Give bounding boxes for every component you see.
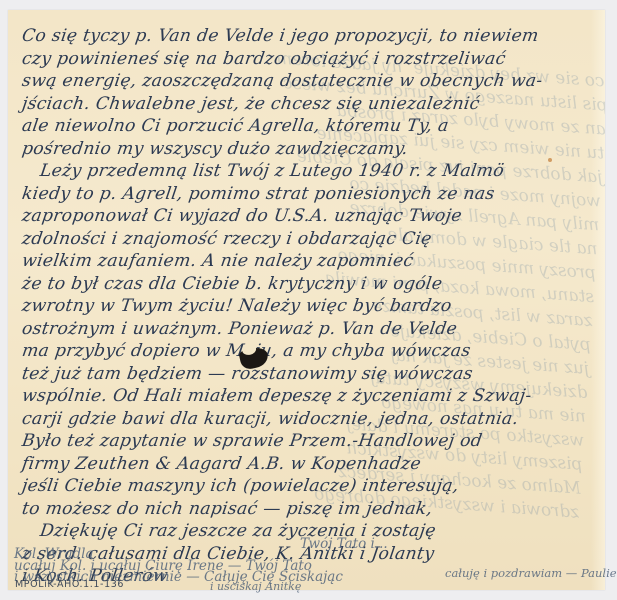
paper-stain — [548, 158, 552, 162]
letter-body: Co się tyczy p. Van de Velde i jego prop… — [22, 25, 592, 588]
letter-line: Co się tyczy p. Van de Velde i jego prop… — [20, 25, 593, 48]
letter-line: swą energię, zaoszczędzaną dostatecznie … — [20, 70, 593, 93]
letter-line: to możesz do nich napisać — piszę im jed… — [20, 498, 593, 521]
letter-line: zaproponował Ci wyjazd do U.S.A. uznając… — [20, 205, 593, 228]
letter-line: zwrotny w Twym życiu! Należy więc być ba… — [20, 295, 593, 318]
letter-line: wielkim zaufaniem. A nie należy zapomnie… — [20, 250, 593, 273]
archive-reference-label: MPOLiK-AHO.1.1-136 — [15, 579, 124, 590]
letter-line: czy powinieneś się na bardzo obciążyć i … — [20, 48, 593, 71]
letter-line: też już tam będziem — rozstanowimy się w… — [20, 363, 593, 386]
letter-line: wspólnie. Od Hali miałem depeszę z życze… — [20, 385, 593, 408]
paper-stain — [345, 150, 348, 153]
letter-line: ostrożnym i uważnym. Ponieważ p. Van de … — [20, 318, 593, 341]
letter-line: pośrednio my wszyscy dużo zawdzięczamy. — [20, 138, 593, 161]
letter-line: że to był czas dla Ciebie b. krytyczny i… — [20, 273, 593, 296]
letter-line: firmy Zeuthen & Aagard A.B. w Kopenhadze — [20, 453, 593, 476]
postscript-line: całuję i pozdrawiam — Paulie — [445, 566, 617, 580]
postscript-line: i uściskaj Anitkę — [210, 580, 301, 593]
letter-line: zdolności i znajomość rzeczy i obdarzają… — [20, 228, 593, 251]
document-viewer: aco sie wz bey dziekuje ny jadze lorem p… — [0, 0, 617, 600]
letter-line: ma przybyć dopiero w Maju, a my chyba wó… — [20, 340, 593, 363]
postscript-signature: Twój Tato i... — [300, 536, 388, 552]
letter-line: carji gdzie bawi dla kuracji, widocznie,… — [20, 408, 593, 431]
letter-line: Leży przedemną list Twój z Lutego 1940 r… — [20, 160, 593, 183]
letter-line: ale niewolno Ci porzucić Agrella, którem… — [20, 115, 593, 138]
letter-line: jściach. Chwalebne jest, że chcesz się u… — [20, 93, 593, 116]
letter-line: kiedy to p. Agrell, pomimo strat poniesi… — [20, 183, 593, 206]
letter-line: jeśli Ciebie maszyny ich (powielacze) in… — [20, 475, 593, 498]
letter-line: Było też zapytanie w sprawie Przem.-Hand… — [20, 430, 593, 453]
